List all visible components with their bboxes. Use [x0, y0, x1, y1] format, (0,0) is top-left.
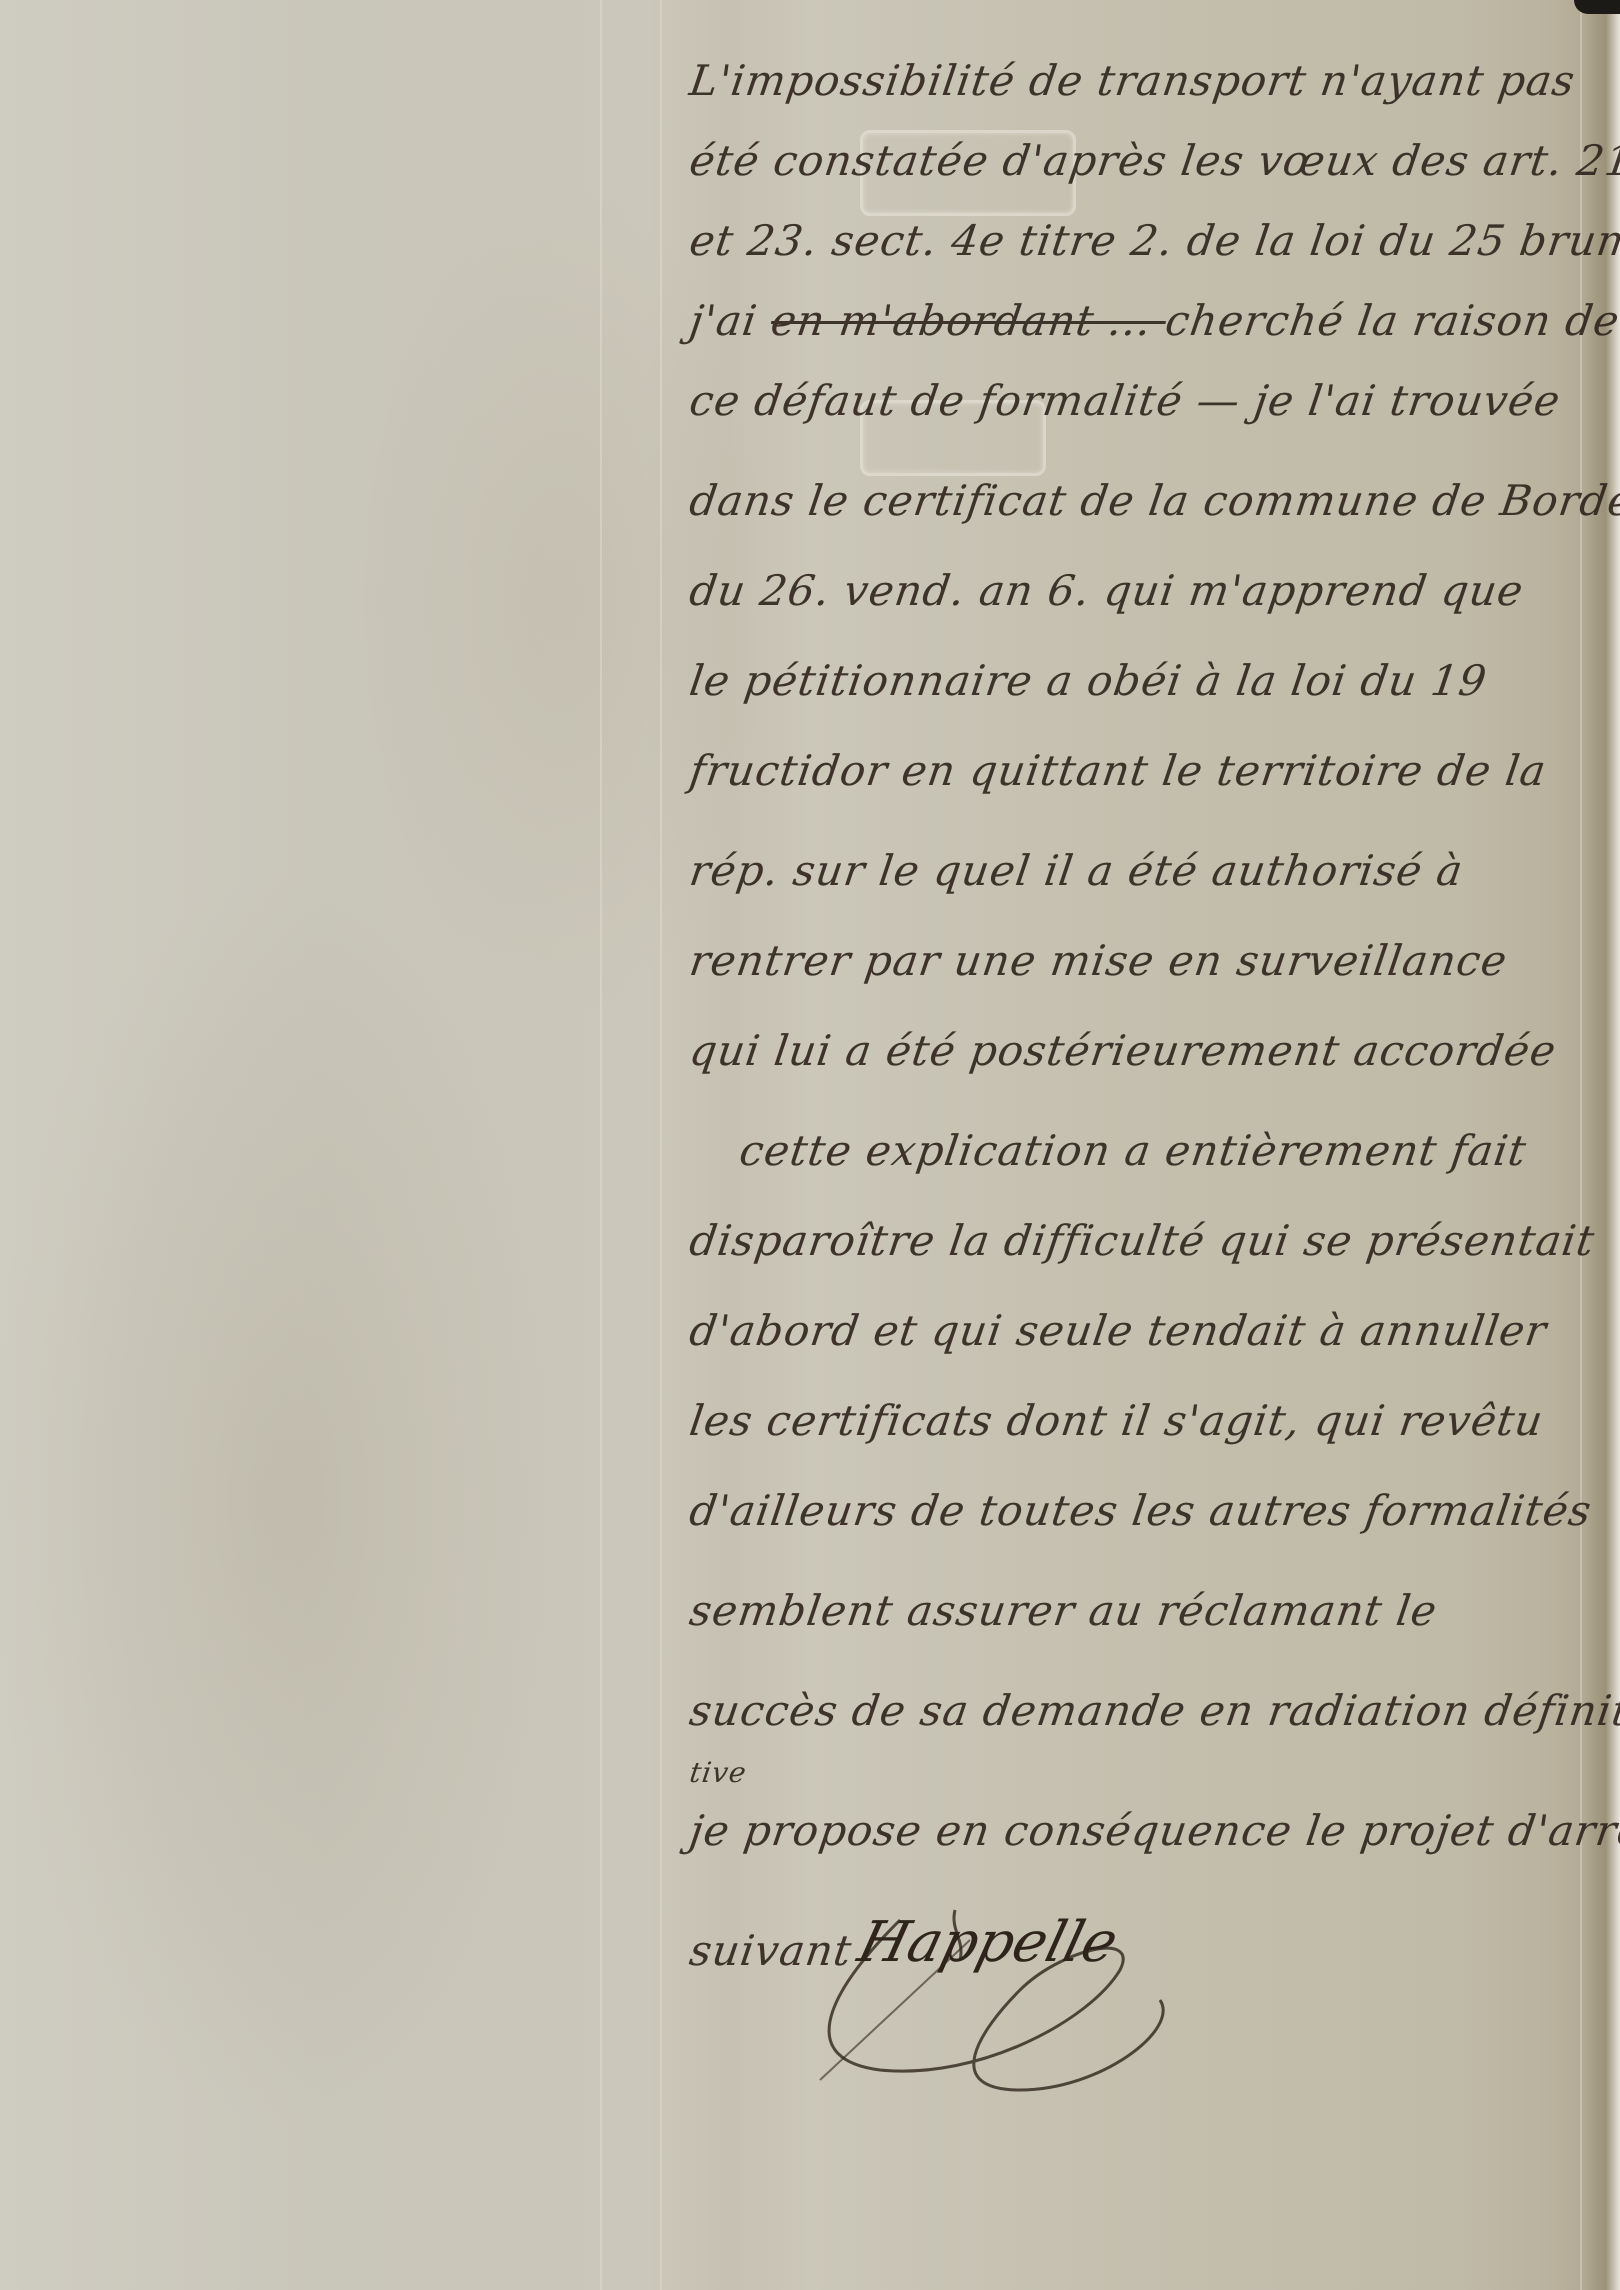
manuscript-line: dans le certificat de la commune de Bord…: [687, 476, 1620, 525]
manuscript-line: rép. sur le quel il a été authorisé à: [687, 846, 1467, 895]
manuscript-line: fructidor en quittant le territoire de l…: [687, 746, 1550, 795]
manuscript-line: le pétitionnaire a obéi à la loi du 19: [687, 656, 1491, 705]
manuscript-line: rentrer par une mise en surveillance: [687, 936, 1511, 985]
line-end: cherché la raison de: [1162, 296, 1620, 345]
struck-text: en m'abordant ...: [768, 296, 1169, 345]
manuscript-line: semblent assurer au réclamant le: [687, 1586, 1441, 1635]
manuscript-line: disparoître la difficulté qui se présent…: [687, 1216, 1598, 1265]
manuscript-line: qui lui a été postérieurement accordée: [687, 1026, 1560, 1075]
manuscript-line: tive: [688, 1756, 749, 1789]
line-start: j'ai: [687, 296, 761, 345]
manuscript-line: succès de sa demande en radiation défini…: [687, 1686, 1620, 1735]
manuscript-line: et 23. sect. 4e titre 2. de la loi du 25…: [687, 216, 1620, 265]
dark-corner: [1574, 0, 1620, 14]
manuscript-line: d'ailleurs de toutes les autres formalit…: [687, 1486, 1595, 1535]
manuscript-line: été constatée d'après les vœux des art. …: [687, 136, 1620, 185]
paper-fold-line: [660, 0, 662, 2290]
manuscript-line: d'abord et qui seule tendait à annuller: [687, 1306, 1550, 1355]
manuscript-line: ce défaut de formalité — je l'ai trouvée: [687, 376, 1564, 425]
manuscript-line: j'ai en m'abordant ... cherché la raison…: [687, 296, 1620, 345]
manuscript-line: du 26. vend. an 6. qui m'apprend que: [687, 566, 1527, 615]
signature: Happelle: [852, 1910, 1124, 1975]
manuscript-line: les certificats dont il s'agit, qui revê…: [687, 1396, 1547, 1445]
manuscript-line: L'impossibilité de transport n'ayant pas: [687, 56, 1579, 105]
paper-fold-line: [600, 0, 602, 2290]
manuscript-line: je propose en conséquence le projet d'ar…: [687, 1806, 1620, 1855]
manuscript-line: cette explication a entièrement fait: [737, 1126, 1530, 1175]
manuscript-page: L'impossibilité de transport n'ayant pas…: [0, 0, 1620, 2290]
